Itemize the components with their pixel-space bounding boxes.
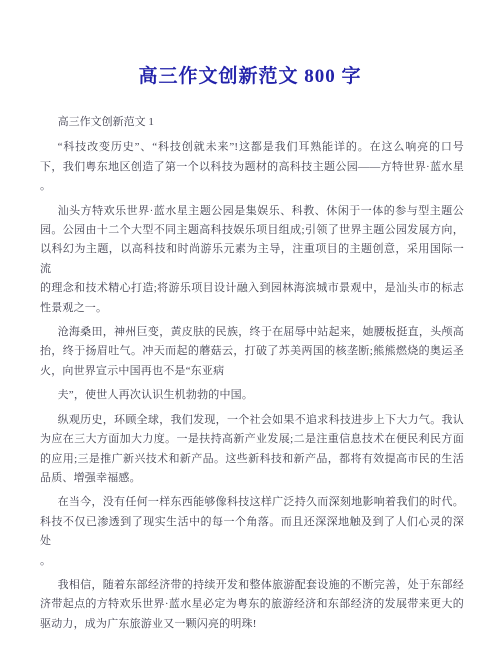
text-line: 品质、增强幸福感。 bbox=[40, 469, 464, 488]
text-line: 火，向世界宣示中国再也不是“东亚病 bbox=[40, 362, 464, 381]
text-line: 性景观之一。 bbox=[40, 299, 464, 318]
text-line: 纵观历史，环顾全球，我们发现，一个社会如果不追求科技进步上下大力气。我认 bbox=[40, 411, 464, 430]
doc-title: 高三作文创新范文 800 字 bbox=[0, 0, 500, 89]
text-line: 沧海桑田，神州巨变，黄皮肤的民族，终于在屈辱中站起来，她腰板挺直，头颅高 bbox=[40, 323, 464, 342]
paragraph: “科技改变历史”、“科技创就未来”!这都是我们耳熟能详的。在这么响亮的口号 下，… bbox=[40, 138, 464, 196]
text-line: 我相信，随着东部经济带的持续开发和整体旅游配套设施的不断完善，处于东部经 bbox=[40, 576, 464, 595]
text-line: 抬，终于扬眉吐气。冲天而起的蘑菇云，打破了苏美两国的核垄断;熊熊燃烧的奥运圣 bbox=[40, 342, 464, 361]
paragraph: 纵观历史，环顾全球，我们发现，一个社会如果不追求科技进步上下大力气。我认 为应在… bbox=[40, 411, 464, 489]
text-line: 的理念和技术精心打造;将游乐项目设计融入到园林海滨城市景观中，是汕头市的标志 bbox=[40, 279, 464, 298]
paragraph: 在当今，没有任何一样东西能够像科技这样广泛持久而深刻地影响着我们的时代。 科技不… bbox=[40, 493, 464, 571]
text-line: 园。公园由十二个大型不同主题高科技娱乐项目组成;引领了世界主题公园发展方向， bbox=[40, 221, 464, 240]
text-line: 以科幻为主题，以高科技和时尚游乐元素为主导，注重项目的主题创意，采用国际一流 bbox=[40, 240, 464, 279]
paragraph: 我相信，随着东部经济带的持续开发和整体旅游配套设施的不断完善，处于东部经 济带起… bbox=[40, 576, 464, 634]
document-page: 高三作文创新范文 800 字 高三作文创新范文 1 “科技改变历史”、“科技创就… bbox=[0, 0, 500, 647]
text-line: 。 bbox=[40, 177, 464, 196]
text-line: 为应在三大方面加大力度。一是扶持高新产业发展;二是注重信息技术在便民利民方面 bbox=[40, 430, 464, 449]
text-line: “科技改变历史”、“科技创就未来”!这都是我们耳熟能详的。在这么响亮的口号 bbox=[40, 138, 464, 157]
doc-body: 高三作文创新范文 1 “科技改变历史”、“科技创就未来”!这都是我们耳熟能详的。… bbox=[40, 113, 464, 634]
text-line: 汕头方特欢乐世界·蓝水星主题公园是集娱乐、科教、休闲于一体的参与型主题公 bbox=[40, 202, 464, 221]
paragraph: 沧海桑田，神州巨变，黄皮肤的民族，终于在屈辱中站起来，她腰板挺直，头颅高 抬，终… bbox=[40, 323, 464, 381]
text-line: 在当今，没有任何一样东西能够像科技这样广泛持久而深刻地影响着我们的时代。 bbox=[40, 493, 464, 512]
paragraph: 汕头方特欢乐世界·蓝水星主题公园是集娱乐、科教、休闲于一体的参与型主题公 园。公… bbox=[40, 202, 464, 318]
doc-subtitle: 高三作文创新范文 1 bbox=[40, 113, 464, 132]
text-line: 科技不仅已渗透到了现实生活中的每一个角落。而且还深深地触及到了人们心灵的深处 bbox=[40, 513, 464, 552]
paragraph: 夫”，使世人再次认识生机勃勃的中国。 bbox=[40, 386, 464, 405]
text-line: 。 bbox=[40, 552, 464, 571]
text-line: 夫”，使世人再次认识生机勃勃的中国。 bbox=[40, 386, 464, 405]
text-line: 的应用;三是推广新兴技术和新产品。这些新科技和新产品，都将有效提高市民的生活 bbox=[40, 450, 464, 469]
text-line: 驱动力，成为广东旅游业又一颗闪亮的明珠! bbox=[40, 615, 464, 634]
text-line: 下，我们粤东地区创造了第一个以科技为题材的高科技主题公园——方特世界·蓝水星 bbox=[40, 158, 464, 177]
text-line: 济带起点的方特欢乐世界·蓝水星必定为粤东的旅游经济和东部经济的发展带来更大的 bbox=[40, 595, 464, 614]
